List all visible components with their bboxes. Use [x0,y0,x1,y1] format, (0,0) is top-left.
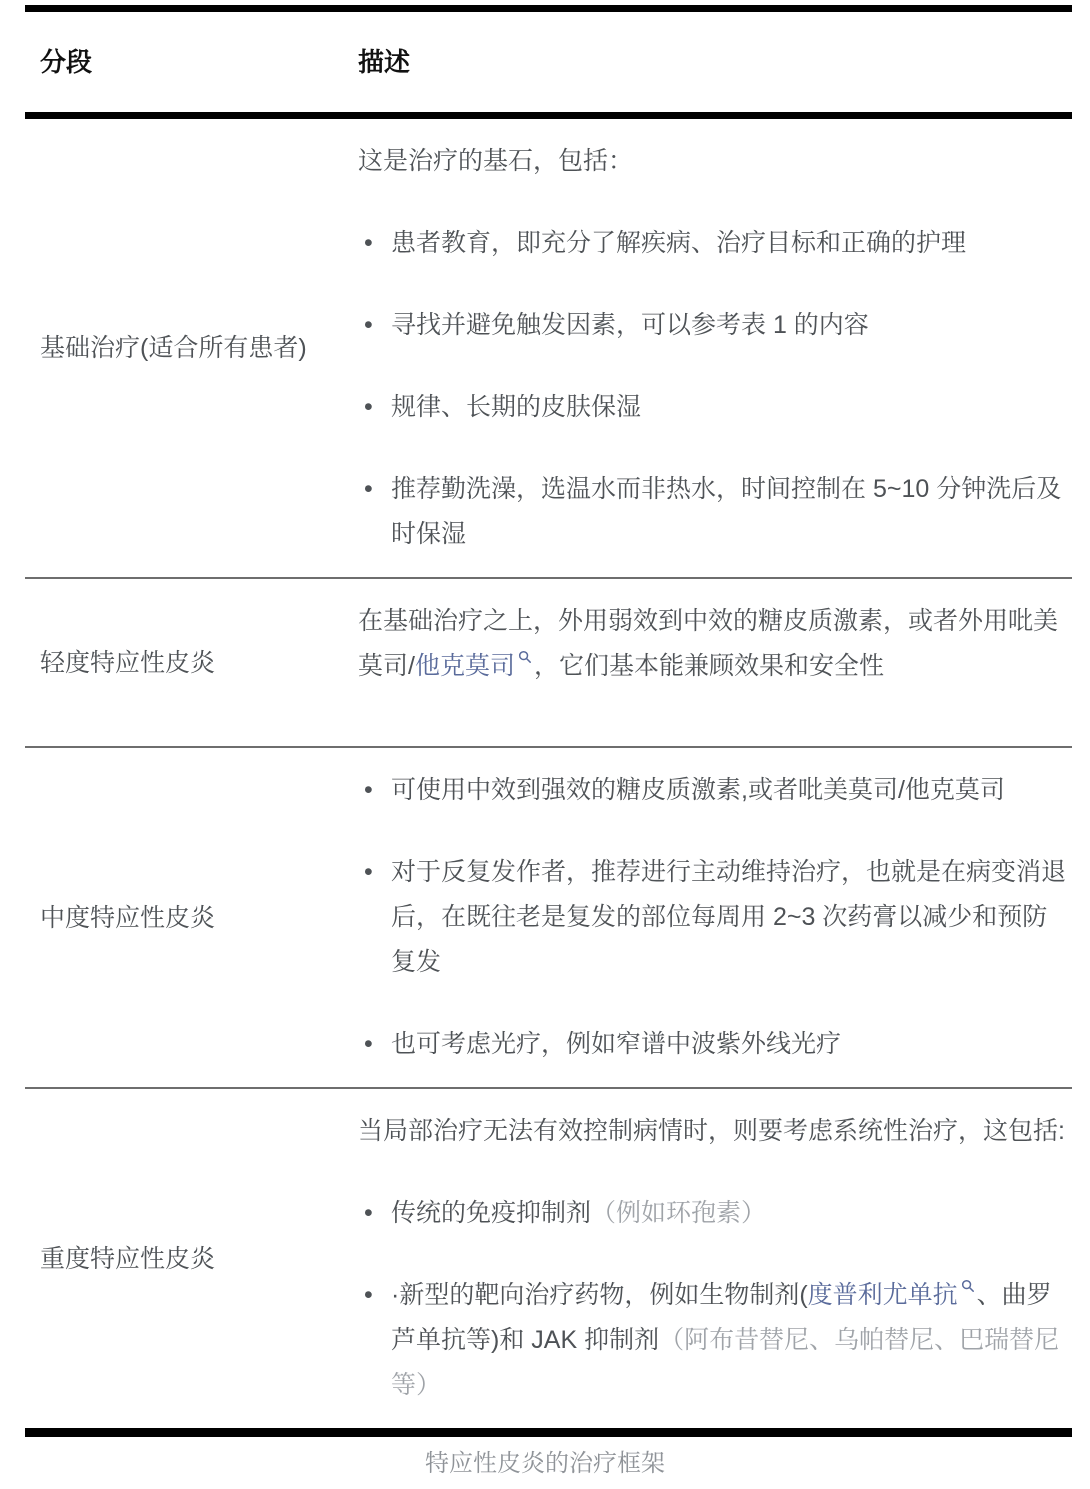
table-header-row: 分段 描述 [25,12,1072,112]
table-row-moderate: 中度特应性皮炎 可使用中效到强效的糖皮质激素,或者吡美莫司/他克莫司 对于反复发… [25,748,1072,1089]
header-bottom-rule [25,112,1072,119]
document-page: 分段 描述 基础治疗(适合所有患者) 这是治疗的基石，包括： 患者教育，即充分了… [0,0,1090,1489]
search-icon[interactable] [961,1279,975,1293]
text-segment: （例如环孢素） [591,1199,766,1227]
bullet-item: 传统的免疫抑制剂（例如环孢素） [358,1191,1072,1236]
row-intro: 这是治疗的基石，包括： [358,139,1072,184]
row-label: 重度特应性皮炎 [25,1089,358,1428]
row-description: 可使用中效到强效的糖皮质激素,或者吡美莫司/他克莫司 对于反复发作者，推荐进行主… [358,748,1072,1087]
bullet-list: 患者教育，即充分了解疾病、治疗目标和正确的护理 寻找并避免触发因素，可以参考表 … [358,221,1072,557]
bullet-item: 寻找并避免触发因素，可以参考表 1 的内容 [358,303,1072,348]
bullet-item: ·新型的靶向治疗药物，例如生物制剂(度普利尤单抗、曲罗芦单抗等)和 JAK 抑制… [358,1273,1072,1408]
table-row-basic-treatment: 基础治疗(适合所有患者) 这是治疗的基石，包括： 患者教育，即充分了解疾病、治疗… [25,119,1072,579]
row-description: 在基础治疗之上，外用弱效到中效的糖皮质激素，或者外用吡美莫司/他克莫司，它们基本… [358,579,1072,746]
text-segment: 规律、长期的皮肤保湿 [391,393,641,421]
table-row-mild: 轻度特应性皮炎 在基础治疗之上，外用弱效到中效的糖皮质激素，或者外用吡美莫司/他… [25,579,1072,748]
row-label: 基础治疗(适合所有患者) [25,119,358,577]
text-segment: 当局部治疗无法有效控制病情时，则要考虑系统性治疗，这包括: [358,1117,1065,1145]
text-segment: 推荐勤洗澡，选温水而非热水，时间控制在 5~10 分钟洗后及时保湿 [391,475,1061,548]
text-segment: 传统的免疫抑制剂 [391,1199,591,1227]
header-description: 描述 [358,45,1072,79]
table-bottom-rule [25,1428,1072,1437]
bullet-item: 推荐勤洗澡，选温水而非热水，时间控制在 5~10 分钟洗后及时保湿 [358,467,1072,557]
bullet-item: 规律、长期的皮肤保湿 [358,385,1072,430]
row-label: 中度特应性皮炎 [25,748,358,1087]
bullet-item: 也可考虑光疗，例如窄谱中波紫外线光疗 [358,1022,1072,1067]
text-segment: 寻找并避免触发因素，可以参考表 1 的内容 [391,311,869,339]
text-segment: 可使用中效到强效的糖皮质激素,或者吡美莫司/他克莫司 [391,776,1005,804]
text-segment: 这是治疗的基石，包括： [358,147,633,175]
row-intro: 当局部治疗无法有效控制病情时，则要考虑系统性治疗，这包括: [358,1109,1072,1154]
search-icon[interactable] [518,650,532,664]
bullet-list: 传统的免疫抑制剂（例如环孢素） ·新型的靶向治疗药物，例如生物制剂(度普利尤单抗… [358,1191,1072,1408]
treatment-table: 分段 描述 基础治疗(适合所有患者) 这是治疗的基石，包括： 患者教育，即充分了… [25,5,1072,1437]
bullet-item: 对于反复发作者，推荐进行主动维持治疗，也就是在病变消退后，在既往老是复发的部位每… [358,850,1072,985]
text-segment: 也可考虑光疗，例如窄谱中波紫外线光疗 [391,1030,841,1058]
text-segment: 对于反复发作者，推荐进行主动维持治疗，也就是在病变消退后，在既往老是复发的部位每… [391,858,1066,976]
table-top-rule [25,5,1072,12]
row-intro: 在基础治疗之上，外用弱效到中效的糖皮质激素，或者外用吡美莫司/他克莫司，它们基本… [358,599,1072,689]
bullet-item: 可使用中效到强效的糖皮质激素,或者吡美莫司/他克莫司 [358,768,1072,813]
bullet-list: 可使用中效到强效的糖皮质激素,或者吡美莫司/他克莫司 对于反复发作者，推荐进行主… [358,768,1072,1067]
bullet-item: 患者教育，即充分了解疾病、治疗目标和正确的护理 [358,221,1072,266]
text-segment: ，它们基本能兼顾效果和安全性 [534,652,884,680]
drug-link-dupilumab[interactable]: 度普利尤单抗 [808,1281,958,1309]
row-description: 当局部治疗无法有效控制病情时，则要考虑系统性治疗，这包括: 传统的免疫抑制剂（例… [358,1089,1072,1428]
text-segment: 患者教育，即充分了解疾病、治疗目标和正确的护理 [391,229,966,257]
text-segment: ·新型的靶向治疗药物，例如生物制剂( [391,1281,808,1309]
table-caption: 特应性皮炎的治疗框架 [0,1437,1090,1489]
header-segment: 分段 [25,45,358,79]
drug-link-tacrolimus[interactable]: 他克莫司 [415,652,515,680]
row-label: 轻度特应性皮炎 [25,579,358,746]
row-description: 这是治疗的基石，包括： 患者教育，即充分了解疾病、治疗目标和正确的护理 寻找并避… [358,119,1072,577]
table-row-severe: 重度特应性皮炎 当局部治疗无法有效控制病情时，则要考虑系统性治疗，这包括: 传统… [25,1089,1072,1428]
